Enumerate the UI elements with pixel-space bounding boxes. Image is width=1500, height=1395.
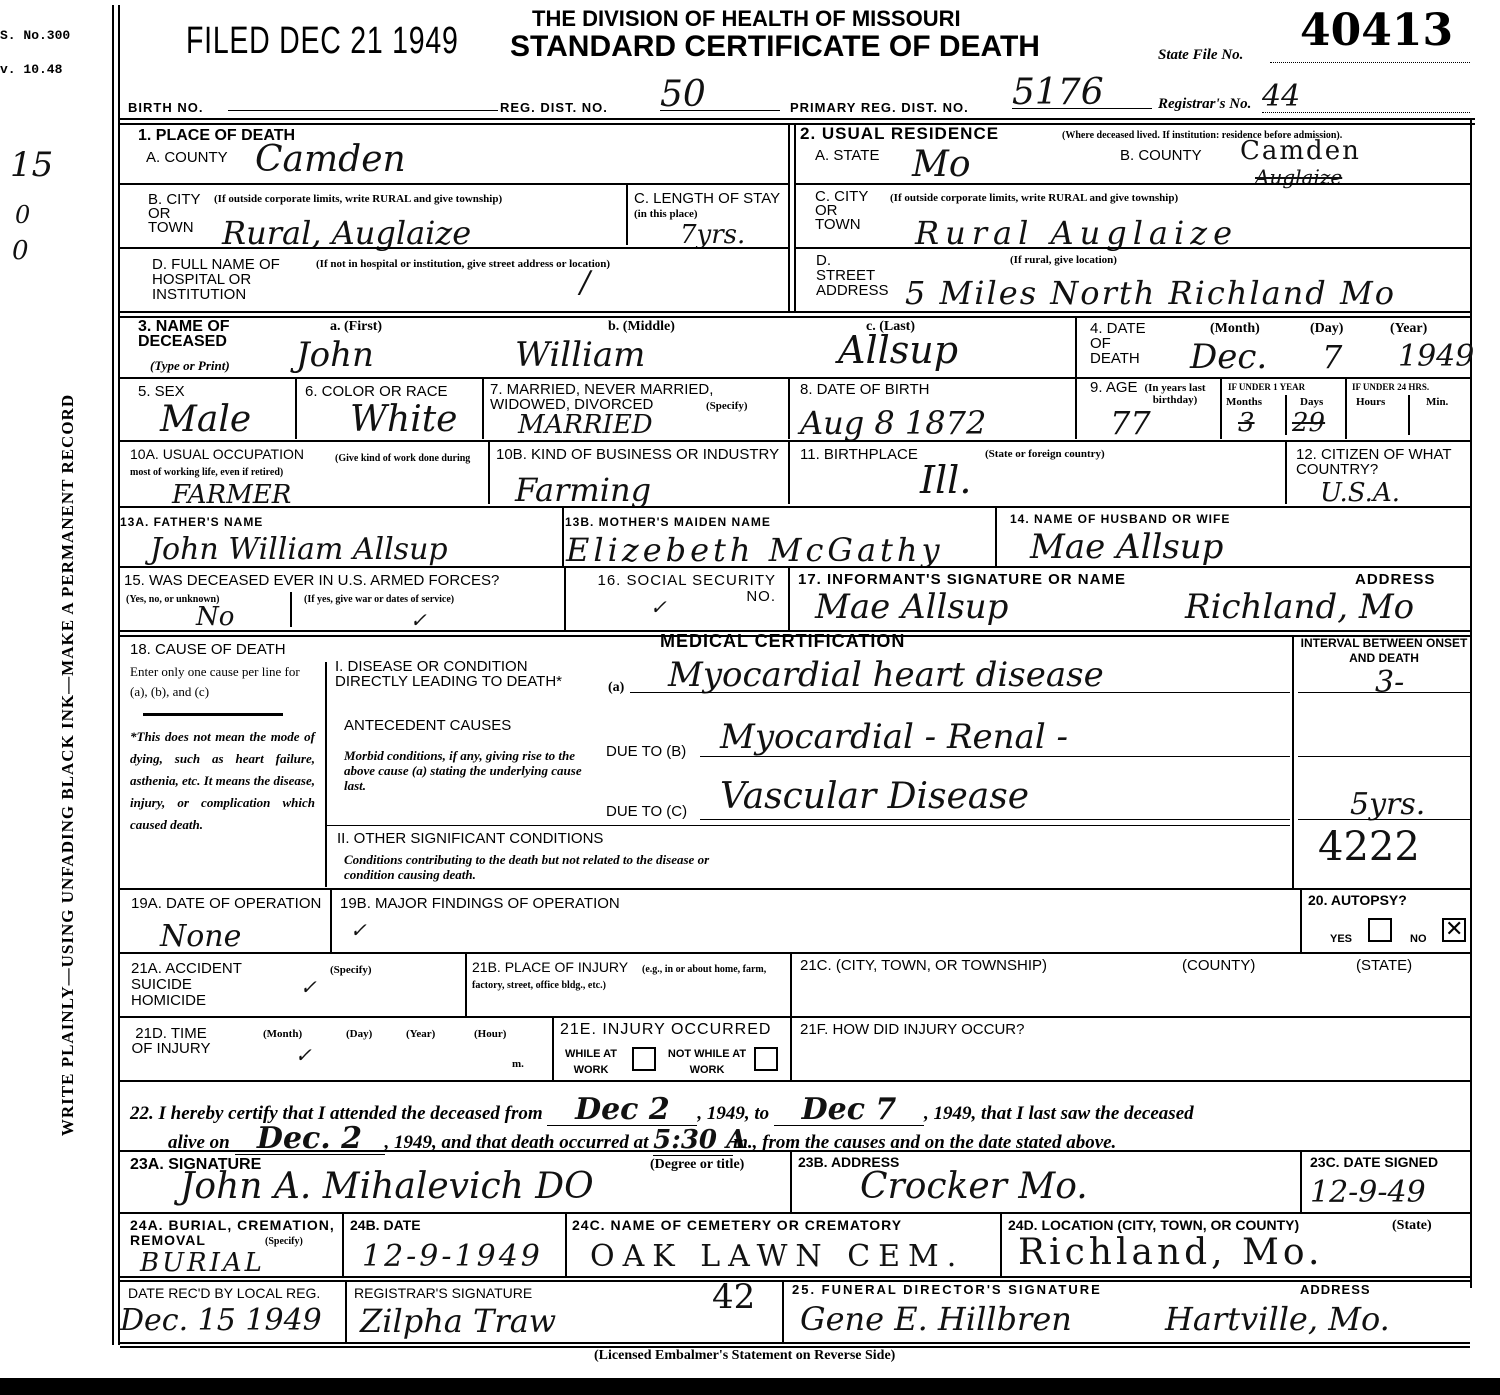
death-county-field[interactable]: Camden bbox=[255, 145, 406, 175]
disease-label: I. DISEASE OR CONDITION DIRECTLY LEADING… bbox=[335, 659, 595, 689]
armed-note-2: (If yes, give war or dates of service) bbox=[304, 594, 454, 605]
middle-name-field[interactable]: William bbox=[515, 340, 645, 370]
divider bbox=[788, 568, 790, 632]
birth-no-field[interactable] bbox=[228, 110, 498, 111]
under24-label: IF UNDER 24 HRS. bbox=[1352, 382, 1429, 392]
cemetery-field[interactable]: Oak Lawn Cem. bbox=[590, 1242, 964, 1272]
dob-field[interactable]: Aug 8 1872 bbox=[800, 408, 986, 438]
sex-field[interactable]: Male bbox=[160, 405, 251, 435]
underline bbox=[1298, 756, 1470, 757]
marital-note: (Specify) bbox=[706, 400, 748, 412]
street-note: (If rural, give location) bbox=[1010, 254, 1117, 266]
divider bbox=[120, 888, 1470, 890]
divider bbox=[120, 1342, 1470, 1344]
divider bbox=[796, 183, 1470, 185]
mother-label: 13b. MOTHER'S MAIDEN NAME bbox=[565, 515, 771, 530]
state-file-line bbox=[1270, 62, 1470, 63]
interval-note: 4222 bbox=[1318, 832, 1420, 862]
divider bbox=[120, 123, 1475, 125]
divider bbox=[565, 1214, 567, 1276]
divider bbox=[120, 1276, 1470, 1278]
hours-label: Hours bbox=[1356, 396, 1385, 408]
res-city-field[interactable]: Rural Auglaize bbox=[915, 218, 1238, 248]
dod-day-label: (Day) bbox=[1310, 321, 1343, 337]
autopsy-yes-checkbox[interactable] bbox=[1368, 918, 1392, 942]
divider bbox=[120, 566, 1470, 568]
sex-label: 5. SEX bbox=[138, 384, 185, 399]
burial-type-label: 24a. BURIAL, CREMATION, REMOVAL bbox=[130, 1218, 340, 1248]
while-at-work-label: WHILE AT WORK bbox=[556, 1046, 626, 1078]
birth-no-label: BIRTH NO. bbox=[128, 100, 203, 115]
middle-name-label: b. (Middle) bbox=[608, 319, 675, 335]
autopsy-no-label: NO bbox=[1410, 932, 1427, 947]
cause-a-label: (a) bbox=[608, 680, 624, 696]
stay-note: (in this place) bbox=[634, 208, 698, 220]
frame-right-line bbox=[1470, 118, 1472, 1288]
frame-left-line bbox=[112, 5, 114, 1345]
form-number: S. No.300 bbox=[0, 28, 70, 43]
res-county-field[interactable]: Camden bbox=[1240, 138, 1361, 164]
divider bbox=[794, 123, 796, 313]
burial-type-note: (Specify) bbox=[265, 1236, 303, 1247]
burial-date-field[interactable]: 12-9-1949 bbox=[362, 1242, 543, 1272]
burial-date-label: 24b. DATE bbox=[350, 1218, 421, 1233]
father-label: 13a. FATHER'S NAME bbox=[120, 515, 263, 530]
mother-field[interactable]: Elizebeth McGathy bbox=[566, 535, 944, 565]
injury-m-label: m. bbox=[512, 1058, 524, 1070]
age-note: (In years last birthday) bbox=[1130, 382, 1220, 406]
interval-a-field[interactable]: 3- bbox=[1375, 668, 1404, 698]
marital-field[interactable]: Married bbox=[518, 412, 653, 438]
cause-c-field[interactable]: Vascular Disease bbox=[720, 782, 1029, 812]
citizen-field[interactable]: U.S.A. bbox=[1320, 478, 1400, 508]
informant-address-field[interactable]: Richland, Mo bbox=[1185, 592, 1414, 622]
injury-year-label: (Year) bbox=[406, 1028, 435, 1040]
filed-stamp: FILED DEC 21 1949 bbox=[186, 20, 459, 63]
divider bbox=[782, 1282, 784, 1344]
divider bbox=[1075, 316, 1077, 378]
primary-reg-dist-label: PRIMARY REG. DIST. NO. bbox=[790, 100, 969, 115]
business-field[interactable]: Farming bbox=[515, 475, 651, 505]
time-of-injury-label: 21d. TIME OF INJURY bbox=[131, 1026, 211, 1056]
months-field[interactable]: 3 bbox=[1238, 410, 1255, 436]
date-signed-label: 23c. DATE SIGNED bbox=[1310, 1155, 1438, 1170]
injury-county-label: (COUNTY) bbox=[1182, 958, 1255, 973]
res-city-note: (If outside corporate limits, write RURA… bbox=[890, 192, 1178, 204]
ss-label: 16. SOCIAL SECURITY NO. bbox=[576, 573, 776, 605]
burial-location-label: 24d. LOCATION (City, town, or county) bbox=[1008, 1218, 1299, 1233]
hospital-label: d. FULL NAME OF HOSPITAL OR INSTITUTION bbox=[152, 257, 312, 302]
race-label: 6. COLOR OR RACE bbox=[305, 384, 448, 399]
cause-instructions: Enter only one cause per line for (a), (… bbox=[130, 662, 315, 702]
degree-label: (Degree or title) bbox=[650, 1157, 744, 1173]
autopsy-label: 20. AUTOPSY? bbox=[1308, 893, 1407, 908]
margin-note: 15 bbox=[10, 150, 53, 180]
interval-label: INTERVAL BETWEEN ONSET AND DEATH bbox=[1298, 636, 1470, 666]
divider bbox=[488, 442, 490, 504]
divider bbox=[562, 508, 564, 568]
margin-note: 0 bbox=[12, 236, 29, 266]
divider bbox=[120, 1212, 1470, 1214]
dod-label: 4. DATE OF DEATH bbox=[1090, 321, 1160, 366]
how-injury-label: 21f. HOW DID INJURY OCCUR? bbox=[800, 1022, 1024, 1037]
citizen-label: 12. CITIZEN OF WHAT COUNTRY? bbox=[1296, 447, 1471, 477]
divider bbox=[788, 379, 790, 439]
burial-location-field[interactable]: Richland, Mo. bbox=[1018, 1238, 1323, 1268]
divider bbox=[325, 662, 327, 887]
state-file-number: 40413 bbox=[1300, 5, 1453, 56]
birthplace-field[interactable]: Ill. bbox=[920, 465, 971, 495]
informant-label: 17. INFORMANT'S SIGNATURE OR NAME bbox=[798, 572, 1126, 587]
divider bbox=[327, 825, 1290, 826]
street-field[interactable]: 5 Miles North Richland Mo bbox=[905, 278, 1396, 308]
not-while-at-work-checkbox[interactable] bbox=[754, 1047, 778, 1071]
cert-year-2: , 1949 bbox=[924, 1103, 972, 1124]
attended-to-field[interactable]: Dec 7 bbox=[774, 1095, 924, 1126]
street-label: d. STREET ADDRESS bbox=[816, 253, 886, 298]
physician-address-field[interactable]: Crocker Mo. bbox=[860, 1172, 1088, 1202]
due-to-b-label: DUE TO (b) bbox=[606, 744, 686, 759]
underline bbox=[1298, 819, 1470, 820]
hospital-field[interactable]: / bbox=[580, 268, 590, 298]
op-date-label: 19a. DATE OF OPERATION bbox=[131, 896, 321, 911]
accident-field[interactable]: ✓ bbox=[300, 972, 317, 1002]
reg-dist-field[interactable]: 50 bbox=[660, 80, 780, 111]
op-findings-field[interactable]: ✓ bbox=[350, 915, 367, 945]
divider bbox=[788, 123, 790, 313]
divider bbox=[796, 247, 1470, 249]
reg-dist-label: REG. DIST. NO. bbox=[500, 100, 608, 115]
divider bbox=[143, 713, 283, 716]
name-label: 3. NAME OF DECEASED bbox=[138, 319, 258, 349]
first-name-label: a. (First) bbox=[330, 319, 382, 335]
cause-a-field[interactable]: Myocardial heart disease bbox=[668, 660, 1104, 690]
occupation-note: (Give kind of work done during most of w… bbox=[130, 452, 480, 480]
divider bbox=[120, 118, 1475, 120]
last-name-field[interactable]: Allsup bbox=[838, 335, 958, 365]
funeral-director-field[interactable]: Gene E. Hillbren bbox=[800, 1304, 1072, 1334]
divider bbox=[626, 185, 628, 245]
armed-field[interactable]: No bbox=[196, 604, 234, 630]
stay-label: c. LENGTH OF STAY bbox=[634, 191, 780, 206]
cemetery-label: 24c. NAME OF CEMETERY OR CREMATORY bbox=[572, 1218, 902, 1233]
informant-address-label: ADDRESS bbox=[1355, 572, 1435, 587]
funeral-address-field[interactable]: Hartville, Mo. bbox=[1165, 1304, 1390, 1334]
registrar-signature-field[interactable]: Zilpha Traw bbox=[360, 1306, 556, 1336]
physician-signature-field[interactable]: John A. Mihalevich DO bbox=[180, 1172, 594, 1202]
divider bbox=[1220, 379, 1222, 439]
underline bbox=[1298, 692, 1470, 693]
months-label: Months bbox=[1226, 396, 1262, 408]
funeral-address-label: ADDRESS bbox=[1300, 1282, 1371, 1297]
underline bbox=[700, 756, 1290, 757]
divider bbox=[1345, 379, 1347, 439]
accident-label: 21a. ACCIDENT SUICIDE HOMICIDE bbox=[131, 961, 261, 1009]
autopsy-yes-label: YES bbox=[1330, 932, 1352, 947]
spouse-field[interactable]: Mae Allsup bbox=[1030, 532, 1223, 562]
dod-year-field[interactable]: 1949 bbox=[1398, 342, 1474, 372]
res-county-label: b. COUNTY bbox=[1120, 148, 1202, 163]
injury-occurred-label: 21e. INJURY OCCURRED bbox=[560, 1022, 771, 1037]
op-date-field[interactable]: None bbox=[160, 922, 241, 952]
min-label: Min. bbox=[1426, 396, 1448, 408]
business-label: 10b. KIND OF BUSINESS OR INDUSTRY bbox=[496, 447, 781, 462]
form-footer-note: (Licensed Embalmer's Statement on Revers… bbox=[594, 1348, 895, 1364]
stay-field[interactable]: 7yrs. bbox=[680, 222, 745, 248]
spouse-label: 14. NAME OF HUSBAND OR WIFE bbox=[1010, 512, 1230, 527]
divider bbox=[120, 1016, 1470, 1018]
injury-state-label: (STATE) bbox=[1356, 958, 1412, 973]
date-received-field[interactable]: Dec. 15 1949 bbox=[120, 1306, 322, 1336]
divider bbox=[995, 508, 997, 568]
divider bbox=[790, 1152, 792, 1212]
antecedent-label: ANTECEDENT CAUSES bbox=[344, 718, 511, 733]
place-of-injury-note: (e.g., in or about home, farm, factory, … bbox=[472, 962, 782, 994]
autopsy-no-checkbox[interactable] bbox=[1442, 918, 1466, 942]
underline bbox=[630, 692, 1290, 693]
divider bbox=[295, 379, 297, 439]
divider bbox=[120, 247, 788, 249]
cause-b-field[interactable]: Myocardial - Renal - bbox=[720, 722, 1068, 752]
divider bbox=[552, 1018, 554, 1080]
hospital-note: (If not in hospital or institution, give… bbox=[316, 258, 610, 270]
divider bbox=[120, 377, 1470, 379]
date-received-label: DATE REC'D BY LOCAL REG. bbox=[128, 1286, 320, 1301]
injury-city-label: 21c. (CITY, TOWN, OR TOWNSHIP) bbox=[800, 958, 1047, 973]
other-conditions-note: Conditions contributing to the death but… bbox=[344, 852, 744, 882]
divider bbox=[120, 316, 1470, 318]
cause-footnote: *This does not mean the mode of dying, s… bbox=[130, 726, 315, 836]
antecedent-note: Morbid conditions, if any, giving rise t… bbox=[344, 748, 604, 793]
dod-month-label: (Month) bbox=[1210, 321, 1260, 337]
dob-label: 8. DATE OF BIRTH bbox=[800, 382, 929, 397]
divider bbox=[564, 568, 566, 632]
funeral-director-label: 25. FUNERAL DIRECTOR'S SIGNATURE bbox=[792, 1282, 1102, 1297]
birthplace-note: (State or foreign country) bbox=[985, 448, 1105, 460]
first-name-field[interactable]: John bbox=[296, 340, 374, 370]
res-state-label: a. STATE bbox=[815, 148, 879, 163]
age-field[interactable]: 77 bbox=[1110, 408, 1151, 438]
informant-field[interactable]: Mae Allsup bbox=[815, 592, 1008, 622]
registrar-number: 42 bbox=[712, 1282, 755, 1312]
residence-title: 2. USUAL RESIDENCE bbox=[800, 126, 999, 141]
state-file-label: State File No. bbox=[1158, 48, 1243, 63]
frame-left-line-inner bbox=[118, 5, 120, 1345]
ss-field[interactable]: ✓ bbox=[650, 592, 667, 622]
while-at-work-checkbox[interactable] bbox=[632, 1047, 656, 1071]
res-state-field[interactable]: Mo bbox=[912, 150, 971, 180]
divider bbox=[1285, 442, 1287, 504]
time-of-injury-field[interactable]: ✓ bbox=[295, 1040, 312, 1070]
divider bbox=[788, 442, 790, 504]
medical-certification-title: MEDICAL CERTIFICATION bbox=[660, 634, 905, 649]
margin-note: 0 bbox=[15, 200, 30, 230]
race-field[interactable]: White bbox=[350, 405, 457, 435]
burial-state-label: (State) bbox=[1392, 1218, 1432, 1234]
form-revision: v. 10.48 bbox=[0, 62, 62, 77]
burial-type-field[interactable]: Burial bbox=[140, 1250, 265, 1276]
divider bbox=[1285, 395, 1287, 435]
accident-specify: (Specify) bbox=[330, 964, 372, 976]
underline bbox=[700, 819, 1290, 820]
cert-year-1: , 1949 bbox=[697, 1103, 745, 1124]
divider bbox=[120, 952, 1470, 954]
primary-reg-dist-field[interactable]: 5176 bbox=[1012, 78, 1152, 109]
injury-hour-label: (Hour) bbox=[474, 1028, 506, 1040]
registrars-no-label: Registrar's No. bbox=[1158, 97, 1251, 112]
divider bbox=[120, 311, 1470, 313]
divider bbox=[1300, 1152, 1302, 1212]
birthplace-label: 11. BIRTHPLACE bbox=[800, 447, 918, 462]
occupation-field[interactable]: Farmer bbox=[172, 482, 291, 508]
op-findings-label: 19b. MAJOR FINDINGS OF OPERATION bbox=[340, 896, 620, 911]
side-instruction: WRITE PLAINLY—USING UNFADING BLACK INK—M… bbox=[58, 250, 78, 1280]
divider bbox=[1292, 636, 1294, 889]
injury-day-label: (Day) bbox=[346, 1028, 372, 1040]
registrar-signature-label: REGISTRAR'S SIGNATURE bbox=[354, 1286, 532, 1301]
name-note: (Type or Print) bbox=[150, 358, 230, 373]
divider bbox=[120, 440, 1470, 442]
scan-edge bbox=[0, 1378, 1500, 1395]
armed-forces-label: 15. WAS DECEASED EVER IN U.S. ARMED FORC… bbox=[124, 573, 499, 588]
divider bbox=[1075, 379, 1077, 439]
page-title: STANDARD CERTIFICATE OF DEATH bbox=[510, 30, 1040, 64]
days-field[interactable]: 29 bbox=[1292, 410, 1325, 436]
date-signed-field[interactable]: 12-9-49 bbox=[1310, 1178, 1426, 1208]
not-while-at-work-label: NOT WHILE AT WORK bbox=[662, 1046, 752, 1078]
interval-c-field[interactable]: 5yrs. bbox=[1350, 790, 1425, 820]
city-note: (If outside corporate limits, write RURA… bbox=[214, 193, 502, 205]
divider bbox=[120, 1150, 1470, 1152]
under1-label: IF UNDER 1 YEAR bbox=[1228, 382, 1305, 392]
divider bbox=[345, 1282, 347, 1344]
cert-last-saw: , that I last saw the deceased bbox=[971, 1103, 1193, 1124]
divider bbox=[1300, 890, 1302, 952]
attended-from-field[interactable]: Dec 2 bbox=[547, 1095, 697, 1126]
divider bbox=[465, 954, 467, 1016]
divider bbox=[290, 592, 292, 627]
res-county-struck: Auglaize bbox=[1255, 162, 1342, 192]
county-label: a. COUNTY bbox=[146, 150, 228, 165]
divider bbox=[1000, 1214, 1002, 1276]
agency-title: THE DIVISION OF HEALTH OF MISSOURI bbox=[532, 6, 961, 32]
dod-day-field[interactable]: 7 bbox=[1322, 342, 1342, 372]
cert-to: , to bbox=[745, 1103, 769, 1124]
city-label: b. CITY OR TOWN bbox=[148, 193, 208, 235]
days-label: Days bbox=[1300, 396, 1323, 408]
other-conditions-label: II. OTHER SIGNIFICANT CONDITIONS bbox=[337, 831, 603, 846]
dod-year-label: (Year) bbox=[1390, 321, 1427, 337]
divider bbox=[120, 1080, 1470, 1082]
res-city-label: c. CITY OR TOWN bbox=[815, 190, 885, 232]
divider bbox=[120, 506, 1470, 508]
injury-month-label: (Month) bbox=[263, 1028, 302, 1040]
divider bbox=[1408, 395, 1410, 435]
father-field[interactable]: John William Allsup bbox=[150, 535, 448, 565]
cause-of-death-label: 18. CAUSE OF DEATH bbox=[130, 642, 286, 657]
divider bbox=[482, 379, 484, 439]
divider bbox=[120, 183, 788, 185]
divider bbox=[342, 1214, 344, 1276]
dod-month-field[interactable]: Dec. bbox=[1190, 342, 1267, 372]
divider bbox=[330, 890, 332, 952]
due-to-c-label: DUE TO (c) bbox=[606, 804, 687, 819]
death-city-field[interactable]: Rural, Auglaize bbox=[222, 218, 471, 248]
registrars-no-field[interactable]: 44 bbox=[1262, 82, 1470, 113]
